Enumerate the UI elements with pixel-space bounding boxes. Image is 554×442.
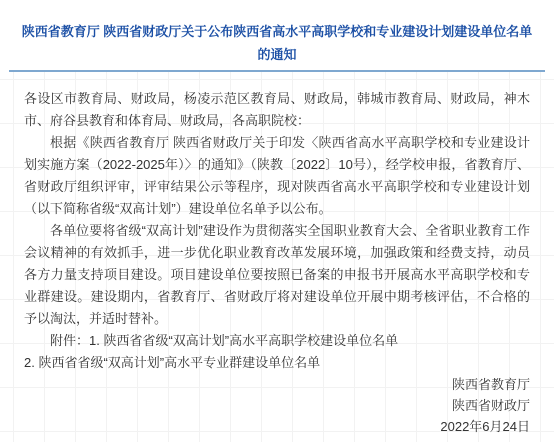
salutation: 各设区市教育局、财政局，杨凌示范区教育局、财政局，韩城市教育局、财政局，神木市、… — [24, 88, 530, 132]
attachment-item-1: 1. 陕西省省级“双高计划”高水平高职学校建设单位名单 — [89, 333, 398, 348]
notice-body: 各设区市教育局、财政局，杨凌示范区教育局、财政局，韩城市教育局、财政局，神木市、… — [0, 72, 554, 442]
issuer-finance: 陕西省财政厅 — [24, 395, 530, 416]
signature-block: 陕西省教育厅 陕西省财政厅 2022年6月24日 — [24, 374, 530, 437]
attachment-item-2: 2. 陕西省省级“双高计划”高水平专业群建设单位名单 — [24, 352, 530, 374]
issue-date: 2022年6月24日 — [24, 416, 530, 437]
attachment-list: 附件：1. 陕西省省级“双高计划”高水平高职学校建设单位名单 2. 陕西省省级“… — [24, 330, 530, 374]
notice-page: 陕西省教育厅 陕西省财政厅关于公布陕西省高水平高职学校和专业建设计划建设单位名单… — [0, 0, 554, 442]
paragraph-requirements: 各单位要将省级“双高计划”建设作为贯彻落实全国职业教育大会、全省职业教育工作会议… — [24, 220, 530, 330]
notice-title: 陕西省教育厅 陕西省财政厅关于公布陕西省高水平高职学校和专业建设计划建设单位名单… — [19, 20, 535, 66]
paragraph-basis: 根据《陕西省教育厅 陕西省财政厅关于印发〈陕西省高水平高职学校和专业建设计划实施… — [24, 132, 530, 220]
attachment-line-1: 附件：1. 陕西省省级“双高计划”高水平高职学校建设单位名单 — [24, 330, 530, 352]
issuer-education: 陕西省教育厅 — [24, 374, 530, 395]
attachment-label: 附件： — [50, 333, 89, 348]
